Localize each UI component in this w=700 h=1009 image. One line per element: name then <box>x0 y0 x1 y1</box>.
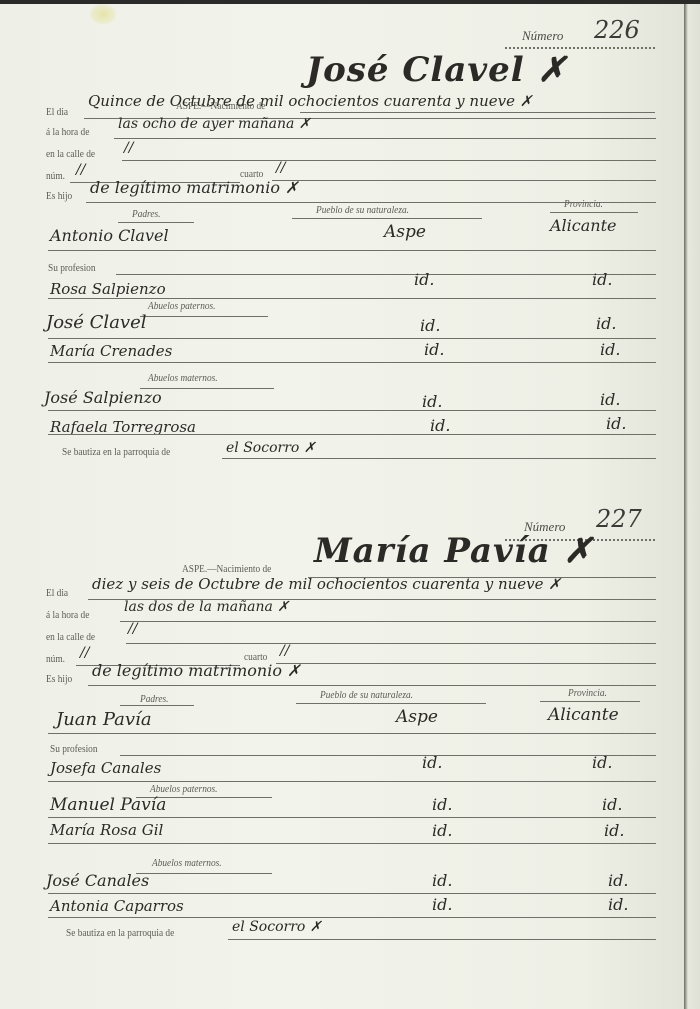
rule <box>48 781 656 782</box>
paternal-grandfather-province: id. <box>596 314 616 333</box>
paternal-grandmother: María Crenades <box>50 342 172 360</box>
numero-label: Número <box>522 28 563 44</box>
rule <box>140 316 268 317</box>
paternal-grandfather-province: id. <box>602 795 622 814</box>
parroquia-label: Se bautiza en la parroquia de <box>66 927 174 939</box>
rule <box>136 873 272 874</box>
birth-hour: las ocho de ayer mañana ✗ <box>118 116 311 132</box>
parish: el Socorro ✗ <box>232 919 322 935</box>
register-page <box>0 4 684 1009</box>
abuelos-maternos-header: Abuelos maternos. <box>148 372 218 384</box>
father-name: Antonio Clavel <box>50 226 169 245</box>
rule <box>292 218 482 219</box>
maternal-grandmother: Antonia Caparros <box>50 897 184 915</box>
paternal-grandfather: Manuel Pavía <box>50 795 166 815</box>
mother-province: id. <box>592 753 612 772</box>
room: // <box>280 643 289 659</box>
rule <box>48 434 656 435</box>
father-town: Aspe <box>396 707 438 727</box>
rule <box>126 643 656 644</box>
num-label: núm. <box>46 653 65 665</box>
rule <box>300 112 655 113</box>
birth-date: diez y seis de Octubre de mil ochociento… <box>92 575 561 593</box>
rule <box>120 755 656 756</box>
es-hijo-label: Es hijo <box>46 673 72 685</box>
rule <box>48 917 656 918</box>
rule <box>48 250 656 251</box>
rule <box>48 733 656 734</box>
house-number: // <box>80 645 89 661</box>
father-name: Juan Pavía <box>56 709 152 730</box>
room: // <box>276 160 285 176</box>
maternal-grandfather-town: id. <box>432 871 452 890</box>
mother-town: id. <box>422 753 442 772</box>
el-dia-label: El dia <box>46 587 68 599</box>
num-label: núm. <box>46 170 65 182</box>
father-province: Alicante <box>548 705 619 725</box>
mother-town: id. <box>414 270 434 289</box>
es-hijo-label: Es hijo <box>46 190 72 202</box>
calle-label: en la calle de <box>46 148 95 160</box>
father-town: Aspe <box>384 222 426 242</box>
parish: el Socorro ✗ <box>226 440 316 456</box>
rule <box>228 939 656 940</box>
maternal-grandfather-town: id. <box>422 392 442 411</box>
book-spine-edge <box>684 4 700 1009</box>
abuelos-paternos-header: Abuelos paternos. <box>150 783 218 795</box>
child-name: José Clavel ✗ <box>306 50 567 90</box>
rule <box>118 222 194 223</box>
birth-date: Quince de Octubre de mil ochocientos cua… <box>88 92 532 110</box>
rule <box>48 362 656 363</box>
abuelos-maternos-header: Abuelos maternos. <box>152 857 222 869</box>
maternal-grandmother-province: id. <box>606 414 626 433</box>
paternal-grandmother-province: id. <box>600 340 620 359</box>
rule <box>48 843 656 844</box>
legitimacy: de legítimo matrimonio ✗ <box>92 661 300 680</box>
paternal-grandfather-town: id. <box>432 795 452 814</box>
street: // <box>128 621 137 637</box>
hora-label: á la hora de <box>46 126 89 138</box>
father-province: Alicante <box>550 216 617 235</box>
rule <box>48 338 656 339</box>
mother-name: Josefa Canales <box>50 759 161 777</box>
profesion-label: Su profesion <box>48 262 96 274</box>
provincia-header: Provincia. <box>564 198 603 210</box>
nacimiento-label: ASPE.—Nacimiento de <box>182 563 271 575</box>
paternal-grandfather-town: id. <box>420 316 440 335</box>
pueblo-header: Pueblo de su naturaleza. <box>320 689 413 701</box>
rule <box>48 410 656 411</box>
maternal-grandfather-province: id. <box>608 871 628 890</box>
rule <box>122 160 656 161</box>
rule <box>48 298 656 299</box>
padres-header: Padres. <box>140 693 168 705</box>
rule <box>120 705 194 706</box>
provincia-header: Provincia. <box>568 687 607 699</box>
number-rule <box>505 47 655 49</box>
rule <box>120 621 656 622</box>
street: // <box>124 140 133 156</box>
rule <box>48 817 656 818</box>
rule <box>116 274 656 275</box>
paternal-grandmother-town: id. <box>432 821 452 840</box>
rule <box>114 138 656 139</box>
rule <box>222 458 656 459</box>
maternal-grandmother-province: id. <box>608 895 628 914</box>
mother-province: id. <box>592 270 612 289</box>
rule <box>272 180 656 181</box>
padres-header: Padres. <box>132 208 160 220</box>
parroquia-label: Se bautiza en la parroquia de <box>62 446 170 458</box>
profesion-label: Su profesion <box>50 743 98 755</box>
paternal-grandmother-town: id. <box>424 340 444 359</box>
record-number: 227 <box>596 505 642 533</box>
child-name: María Pavía ✗ <box>314 531 593 571</box>
rule <box>540 701 640 702</box>
maternal-grandfather-province: id. <box>600 390 620 409</box>
paternal-grandmother: María Rosa Gil <box>50 821 163 839</box>
maternal-grandfather: José Salpienzo <box>44 388 162 407</box>
calle-label: en la calle de <box>46 631 95 643</box>
rule <box>88 685 656 686</box>
record-number: 226 <box>594 16 640 44</box>
birth-hour: las dos de la mañana ✗ <box>124 599 289 615</box>
paternal-grandfather: José Clavel <box>46 312 147 333</box>
maternal-grandfather: José Canales <box>46 871 149 890</box>
legitimacy: de legítimo matrimonio ✗ <box>90 178 298 197</box>
pueblo-header: Pueblo de su naturaleza. <box>316 204 409 216</box>
maternal-grandmother-town: id. <box>432 895 452 914</box>
hora-label: á la hora de <box>46 609 89 621</box>
paper-stain <box>90 4 116 24</box>
mother-name: Rosa Salpienzo <box>50 280 166 298</box>
rule <box>276 663 656 664</box>
rule <box>550 212 638 213</box>
rule <box>296 703 486 704</box>
rule <box>48 893 656 894</box>
house-number: // <box>76 162 85 178</box>
maternal-grandmother-town: id. <box>430 416 450 435</box>
abuelos-paternos-header: Abuelos paternos. <box>148 300 216 312</box>
el-dia-label: El dia <box>46 106 68 118</box>
paternal-grandmother-province: id. <box>604 821 624 840</box>
